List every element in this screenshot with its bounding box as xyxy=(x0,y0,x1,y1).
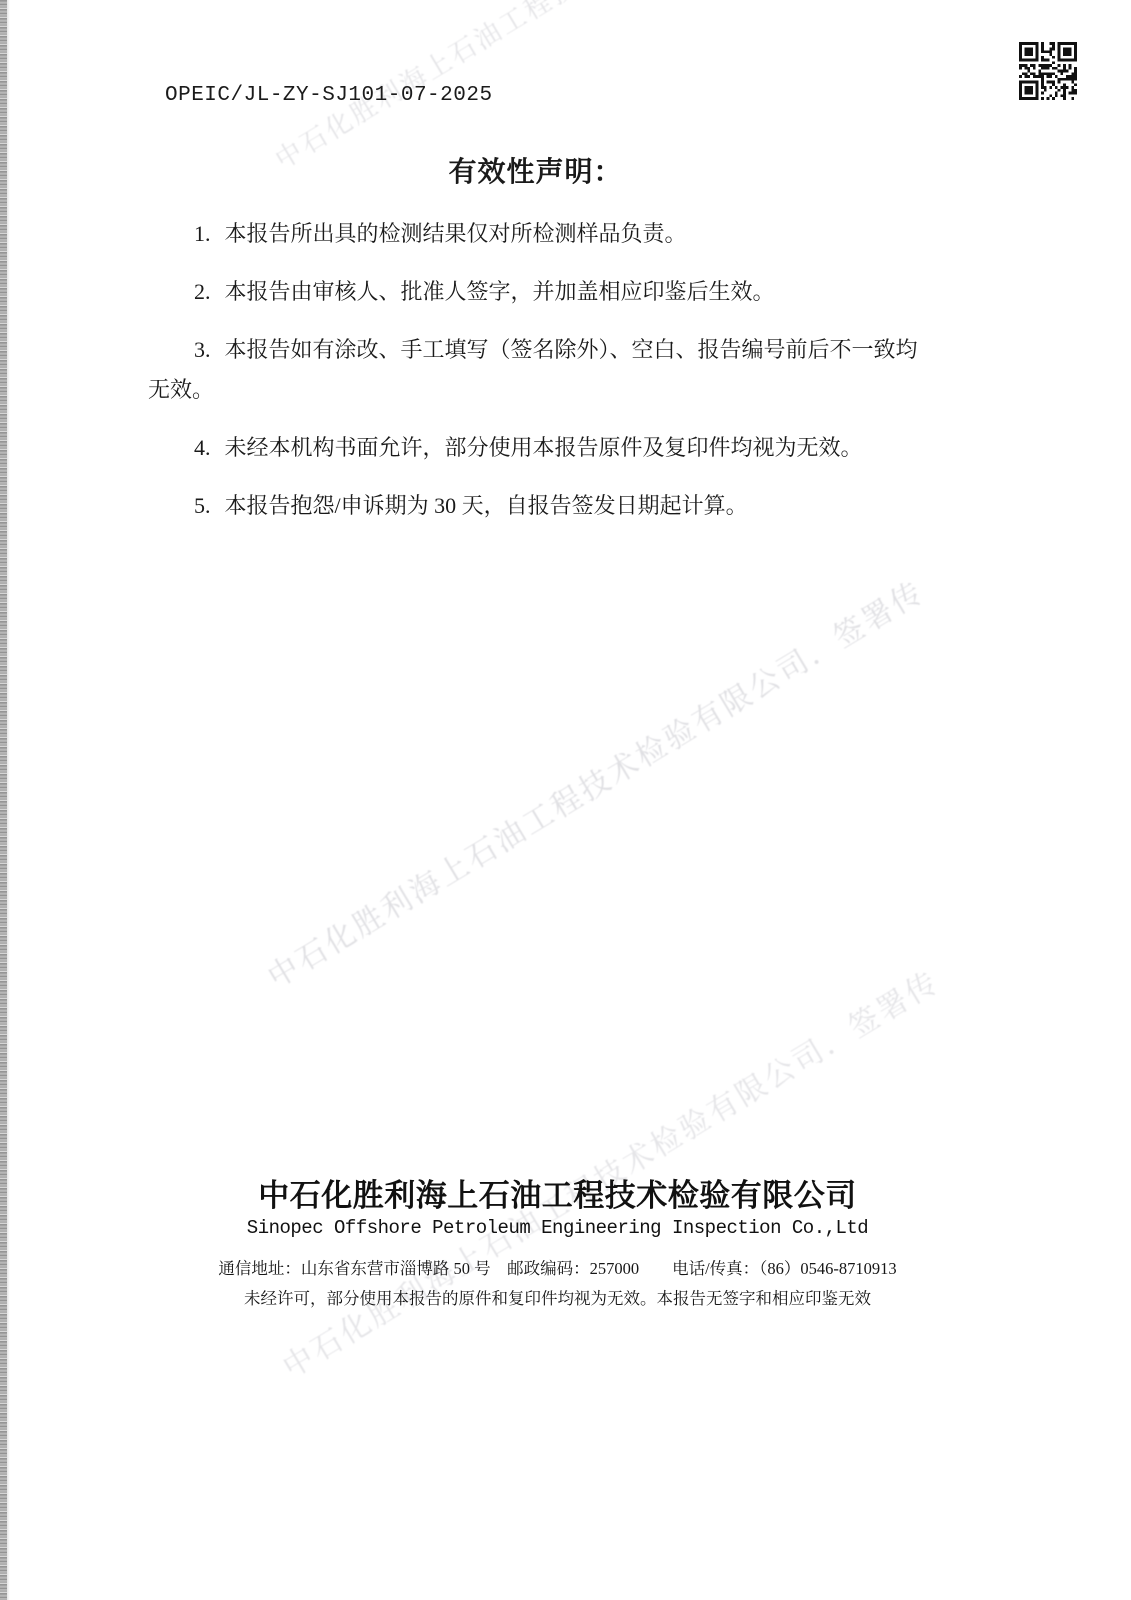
statement-number: 5. xyxy=(194,493,211,518)
statement-item-5: 5.本报告抱怨/申诉期为 30 天，自报告签发日期起计算。 xyxy=(148,486,938,526)
statement-item-4: 4.未经本机构书面允许，部分使用本报告原件及复印件均视为无效。 xyxy=(148,428,938,468)
statement-list: 1.本报告所出具的检测结果仅对所检测样品负责。2.本报告由审核人、批准人签字，并… xyxy=(148,214,938,544)
statement-number: 2. xyxy=(194,279,211,304)
statement-number: 4. xyxy=(194,435,211,460)
footer-notice-line: 未经许可，部分使用本报告的原件和复印件均视为无效。本报告无签字和相应印鉴无效 xyxy=(0,1285,1115,1309)
scan-artifact-strip xyxy=(0,0,7,1600)
page-title: 有效性声明： xyxy=(0,150,1071,190)
company-address-line: 通信地址：山东省东营市淄博路 50 号 邮政编码：257000 电话/传真：（8… xyxy=(0,1255,1115,1279)
statement-item-3: 3.本报告如有涂改、手工填写（签名除外）、空白、报告编号前后不一致均无效。 xyxy=(148,330,938,410)
company-name-en: Sinopec Offshore Petroleum Engineering I… xyxy=(0,1217,1115,1239)
qr-code-icon xyxy=(1019,40,1077,102)
statement-number: 1. xyxy=(194,221,211,246)
statement-text: 本报告如有涂改、手工填写（签名除外）、空白、报告编号前后不一致均无效。 xyxy=(148,337,918,402)
statement-text: 本报告所出具的检测结果仅对所检测样品负责。 xyxy=(225,221,687,246)
statement-text: 本报告由审核人、批准人签字，并加盖相应印鉴后生效。 xyxy=(225,279,775,304)
statement-item-2: 2.本报告由审核人、批准人签字，并加盖相应印鉴后生效。 xyxy=(148,272,938,312)
statement-number: 3. xyxy=(194,337,211,362)
company-name-cn: 中石化胜利海上石油工程技术检验有限公司 xyxy=(0,1170,1115,1215)
report-page: 中石化胜利海上石油工程技术 中石化胜利海上石油工程技术检验有限公司．签署传 中石… xyxy=(0,0,1131,1600)
footer-company-block: 中石化胜利海上石油工程技术检验有限公司 Sinopec Offshore Pet… xyxy=(0,1170,1115,1309)
statement-text: 本报告抱怨/申诉期为 30 天，自报告签发日期起计算。 xyxy=(225,493,748,518)
statement-item-1: 1.本报告所出具的检测结果仅对所检测样品负责。 xyxy=(148,214,938,254)
watermark-middle: 中石化胜利海上石油工程技术检验有限公司．签署传 xyxy=(258,568,931,997)
document-code: OPEIC/JL-ZY-SJ101-07-2025 xyxy=(165,84,493,107)
statement-text: 未经本机构书面允许，部分使用本报告原件及复印件均视为无效。 xyxy=(225,435,863,460)
